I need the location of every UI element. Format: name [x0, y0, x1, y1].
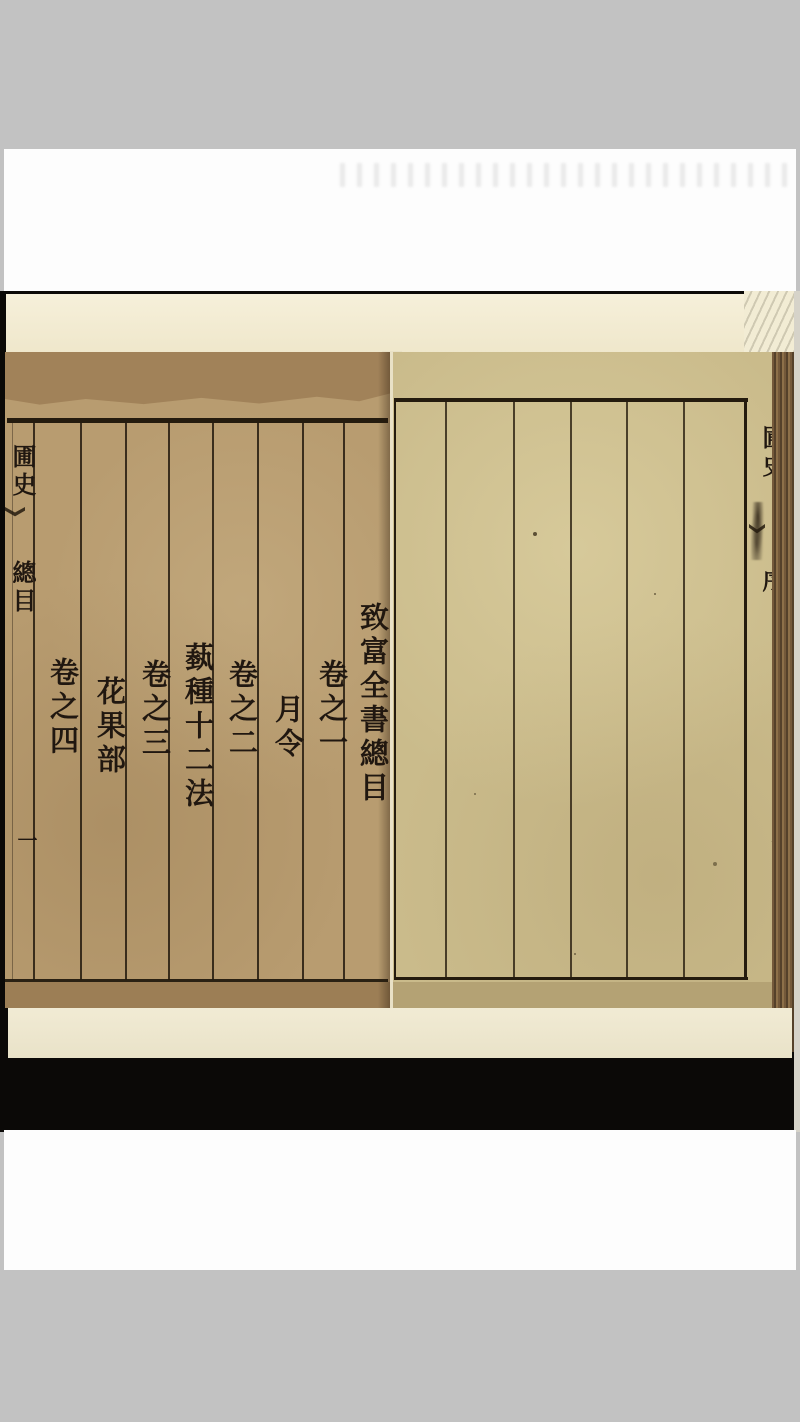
toc-volume-3: 卷之三 [124, 440, 168, 980]
backing-pages-top-edge [6, 294, 794, 354]
column-rule [626, 402, 628, 977]
toc-section-3: 花果部 [79, 474, 123, 979]
left-page-bottom-margin [5, 982, 390, 1008]
book-photo-area: 致富全書總目 卷之一 月令 卷之二 蓺種十二法 卷之三 花果部 卷之四 圃史 總… [0, 291, 800, 1132]
toc-volume-1: 卷之一 [301, 440, 345, 980]
bottom-white-margin-band [4, 1130, 796, 1270]
column-rule [445, 402, 447, 977]
column-rule [513, 402, 515, 977]
paper-specks [533, 532, 537, 536]
frame-right-border [744, 398, 747, 980]
spine-page-number: 一 [5, 820, 35, 860]
outer-page-edge-strip [794, 291, 800, 1132]
bleed-through-ghost-marks [340, 163, 792, 187]
frame-left-border [394, 398, 396, 980]
left-page: 致富全書總目 卷之一 月令 卷之二 蓺種十二法 卷之三 花果部 卷之四 圃史 總… [5, 352, 390, 1008]
right-page: 圃史 序 三 [393, 352, 773, 1008]
stacked-page-corners [744, 291, 796, 355]
toc-section-1: 月令 [257, 478, 301, 978]
column-rule [683, 402, 685, 977]
gutter-shadow [378, 352, 390, 1008]
toc-section-2: 蓺種十二法 [167, 474, 211, 979]
right-page-bottom-margin [393, 982, 773, 1008]
backing-pages-bottom-edge [8, 1008, 792, 1058]
spine-section-label: 總目 [5, 528, 33, 648]
top-white-margin-band [4, 149, 796, 291]
column-rule [570, 402, 572, 977]
toc-volume-2: 卷之二 [211, 440, 255, 980]
toc-volume-4: 卷之四 [32, 438, 76, 978]
frame-top-border [7, 418, 388, 423]
next-leaf-spine-section: 序 [749, 552, 773, 612]
next-leaf-spine-title: 圃史 [749, 398, 773, 508]
next-leaf-page-number: 三 [751, 818, 773, 854]
frame-bottom-border [394, 977, 748, 980]
screenshot-root: { "document_type": "photograph of an ope… [0, 0, 800, 1422]
fore-edge-page-stack [772, 352, 796, 1052]
left-page-torn-top-edge [5, 352, 390, 408]
